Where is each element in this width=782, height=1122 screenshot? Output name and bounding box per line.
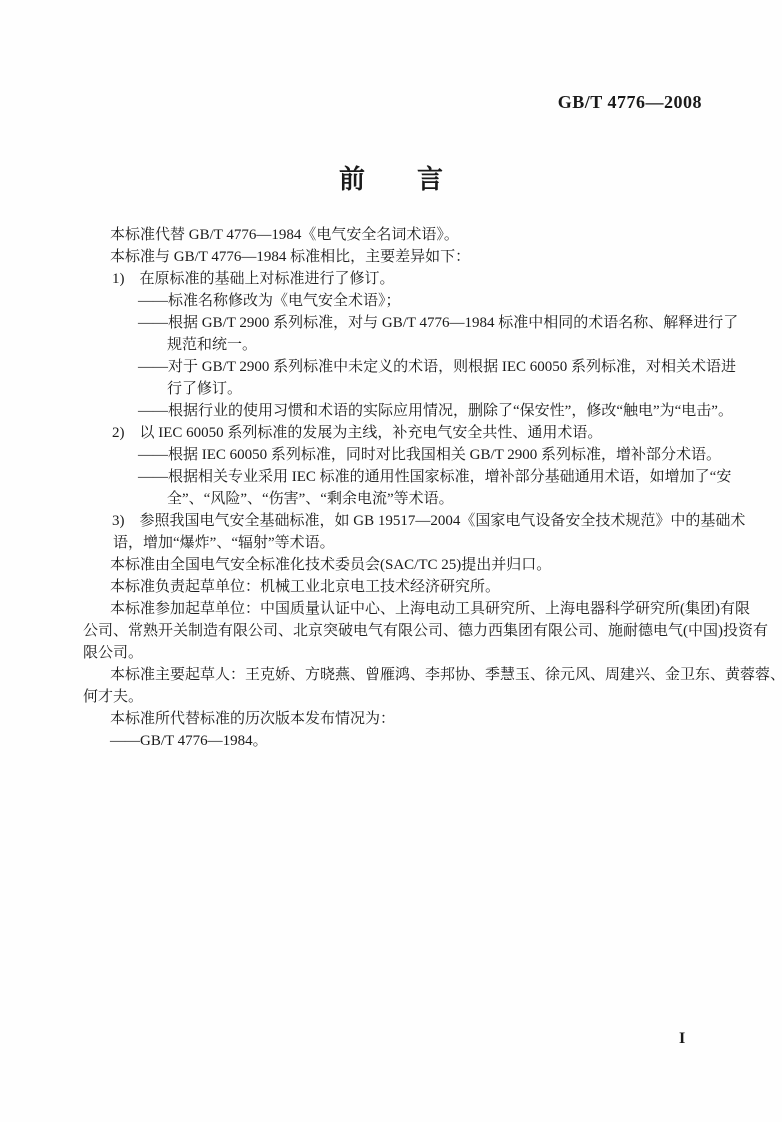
foreword-line: ——根据 IEC 60050 系列标准，同时对比我国相关 GB/T 2900 系… — [83, 444, 713, 466]
foreword-line: ——标准名称修改为《电气安全术语》； — [83, 290, 713, 312]
foreword-line: ——根据相关专业采用 IEC 标准的通用性国家标准，增补部分基础通用术语，如增加… — [83, 466, 713, 488]
foreword-line: 公司、常熟开关制造有限公司、北京突破电气有限公司、德力西集团有限公司、施耐德电气… — [83, 620, 713, 642]
foreword-line: 何才夫。 — [83, 686, 713, 708]
foreword-line: 2) 以 IEC 60050 系列标准的发展为主线，补充电气安全共性、通用术语。 — [83, 422, 713, 444]
document-page: GB/T 4776—2008 前 言 本标准代替 GB/T 4776—1984《… — [0, 0, 782, 1122]
foreword-line: 规范和统一。 — [83, 334, 713, 356]
foreword-line: 语，增加“爆炸”、“辐射”等术语。 — [83, 532, 713, 554]
foreword-line: 本标准与 GB/T 4776—1984 标准相比，主要差异如下： — [83, 246, 713, 268]
foreword-line: 行了修订。 — [83, 378, 713, 400]
foreword-line: ——根据行业的使用习惯和术语的实际应用情况，删除了“保安性”，修改“触电”为“电… — [83, 400, 713, 422]
foreword-line: 本标准由全国电气安全标准化技术委员会(SAC/TC 25)提出并归口。 — [83, 554, 713, 576]
foreword-line: 本标准参加起草单位：中国质量认证中心、上海电动工具研究所、上海电器科学研究所(集… — [83, 598, 713, 620]
foreword-line: ——根据 GB/T 2900 系列标准，对与 GB/T 4776—1984 标准… — [83, 312, 713, 334]
foreword-line: 本标准主要起草人：王克娇、方晓燕、曾雁鸿、李邦协、季慧玉、徐元风、周建兴、金卫东… — [83, 664, 713, 686]
page-number: I — [679, 1030, 685, 1048]
foreword-line: 本标准代替 GB/T 4776—1984《电气安全名词术语》。 — [83, 224, 713, 246]
standard-code: GB/T 4776—2008 — [558, 92, 702, 113]
foreword-line: 本标准所代替标准的历次版本发布情况为： — [83, 708, 713, 730]
foreword-body: 本标准代替 GB/T 4776—1984《电气安全名词术语》。 本标准与 GB/… — [83, 224, 713, 752]
foreword-line: 3) 参照我国电气安全基础标准，如 GB 19517—2004《国家电气设备安全… — [83, 510, 713, 532]
foreword-line: ——对于 GB/T 2900 系列标准中未定义的术语，则根据 IEC 60050… — [83, 356, 713, 378]
foreword-line: 限公司。 — [83, 642, 713, 664]
foreword-line: ——GB/T 4776—1984。 — [83, 730, 713, 752]
foreword-line: 1) 在原标准的基础上对标准进行了修订。 — [83, 268, 713, 290]
foreword-title: 前 言 — [0, 159, 782, 196]
foreword-line: 全”、“风险”、“伤害”、“剩余电流”等术语。 — [83, 488, 713, 510]
foreword-line: 本标准负责起草单位：机械工业北京电工技术经济研究所。 — [83, 576, 713, 598]
